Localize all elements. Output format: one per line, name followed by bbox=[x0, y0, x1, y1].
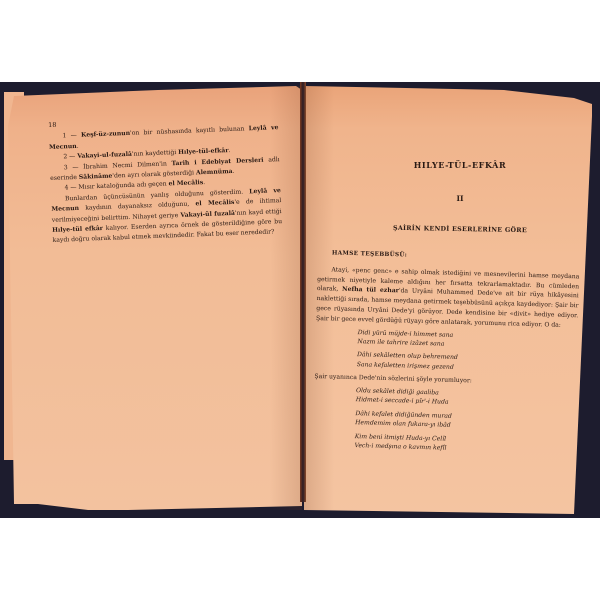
text-run: . bbox=[203, 179, 205, 186]
bold-title-text: Keşf-üz-zunun bbox=[81, 130, 130, 139]
body-paragraph: Atayi, «penc genc» e sahip olmak istediğ… bbox=[316, 265, 580, 331]
text-run: 1 — bbox=[63, 132, 82, 140]
bold-title-text: Vakayi-ül fuzalâ bbox=[180, 210, 235, 219]
numbered-paragraph: Bunlardan üçüncüsünün yanlış olduğunu gö… bbox=[51, 186, 283, 247]
couplet: Oldu sekâlet didiği gaalibaHidmet-i secc… bbox=[314, 385, 576, 411]
text-run: kaydının dayanaksız olduğunu, bbox=[79, 201, 196, 212]
book-gutter bbox=[300, 82, 306, 502]
text-run: 'da Uryâni Muhammed Dede've ait bir rüya… bbox=[316, 288, 579, 329]
bold-title-text: Nefha tül ezhar bbox=[342, 286, 399, 295]
text-run: 2 — bbox=[63, 153, 77, 161]
couplet: Kim beni itmişti Huda-yı CelîlVech-i med… bbox=[312, 431, 574, 457]
text-run: 'on bir nüshasında kayıtlı bulunan bbox=[130, 126, 249, 138]
bold-title-text: Tarih i Edebiyat Dersleri bbox=[171, 156, 263, 167]
bold-title-text: el Mecâlis bbox=[195, 199, 234, 207]
bold-title-text: Hılye-tül efkâr bbox=[52, 225, 103, 234]
text-run: . bbox=[232, 168, 234, 175]
page-title: HILYE-TÜL-EFKÂR bbox=[340, 160, 580, 170]
couplet: Dâhi kefalet didiğünden muradHemdemim ol… bbox=[313, 408, 575, 434]
left-page-text: 18 1 — Keşf-üz-zunun'on bir nüshasında k… bbox=[48, 111, 283, 247]
text-run: 'nın kaydettiği bbox=[132, 149, 179, 158]
couplet: Didi yürü müjde-i himmet sanaNazm ile ta… bbox=[315, 327, 577, 353]
text-run: . bbox=[228, 147, 230, 154]
verse-block: Didi yürü müjde-i himmet sanaNazm ile ta… bbox=[315, 327, 578, 376]
couplet: Dâhi sekâletten olup behremendSana kefal… bbox=[315, 349, 577, 375]
bold-title-text: Sâkinâme bbox=[79, 173, 113, 181]
bold-title-text: el Mecâlis bbox=[168, 180, 203, 188]
right-page-text: HAMSE TEŞEBBÜSÜ: Atayi, «penc genc» e sa… bbox=[312, 249, 580, 461]
verse-block: Oldu sekâlet didiği gaalibaHidmet-i secc… bbox=[312, 385, 576, 457]
bold-title-text: Alemnüma bbox=[196, 168, 233, 176]
text-run: 'den ayrı olarak gösterdiği bbox=[112, 169, 196, 179]
text-run: 'nın kayd ettiği bbox=[235, 208, 282, 217]
left-page-paragraphs: 1 — Keşf-üz-zunun'on bir nüshasında kayı… bbox=[48, 124, 282, 247]
bold-title-text: Vakayi-ul-fuzalâ bbox=[77, 151, 132, 160]
chapter-number: II bbox=[340, 194, 580, 203]
bold-title-text: Hılye-tül-efkâr bbox=[178, 147, 229, 156]
text-run: . bbox=[77, 143, 79, 150]
